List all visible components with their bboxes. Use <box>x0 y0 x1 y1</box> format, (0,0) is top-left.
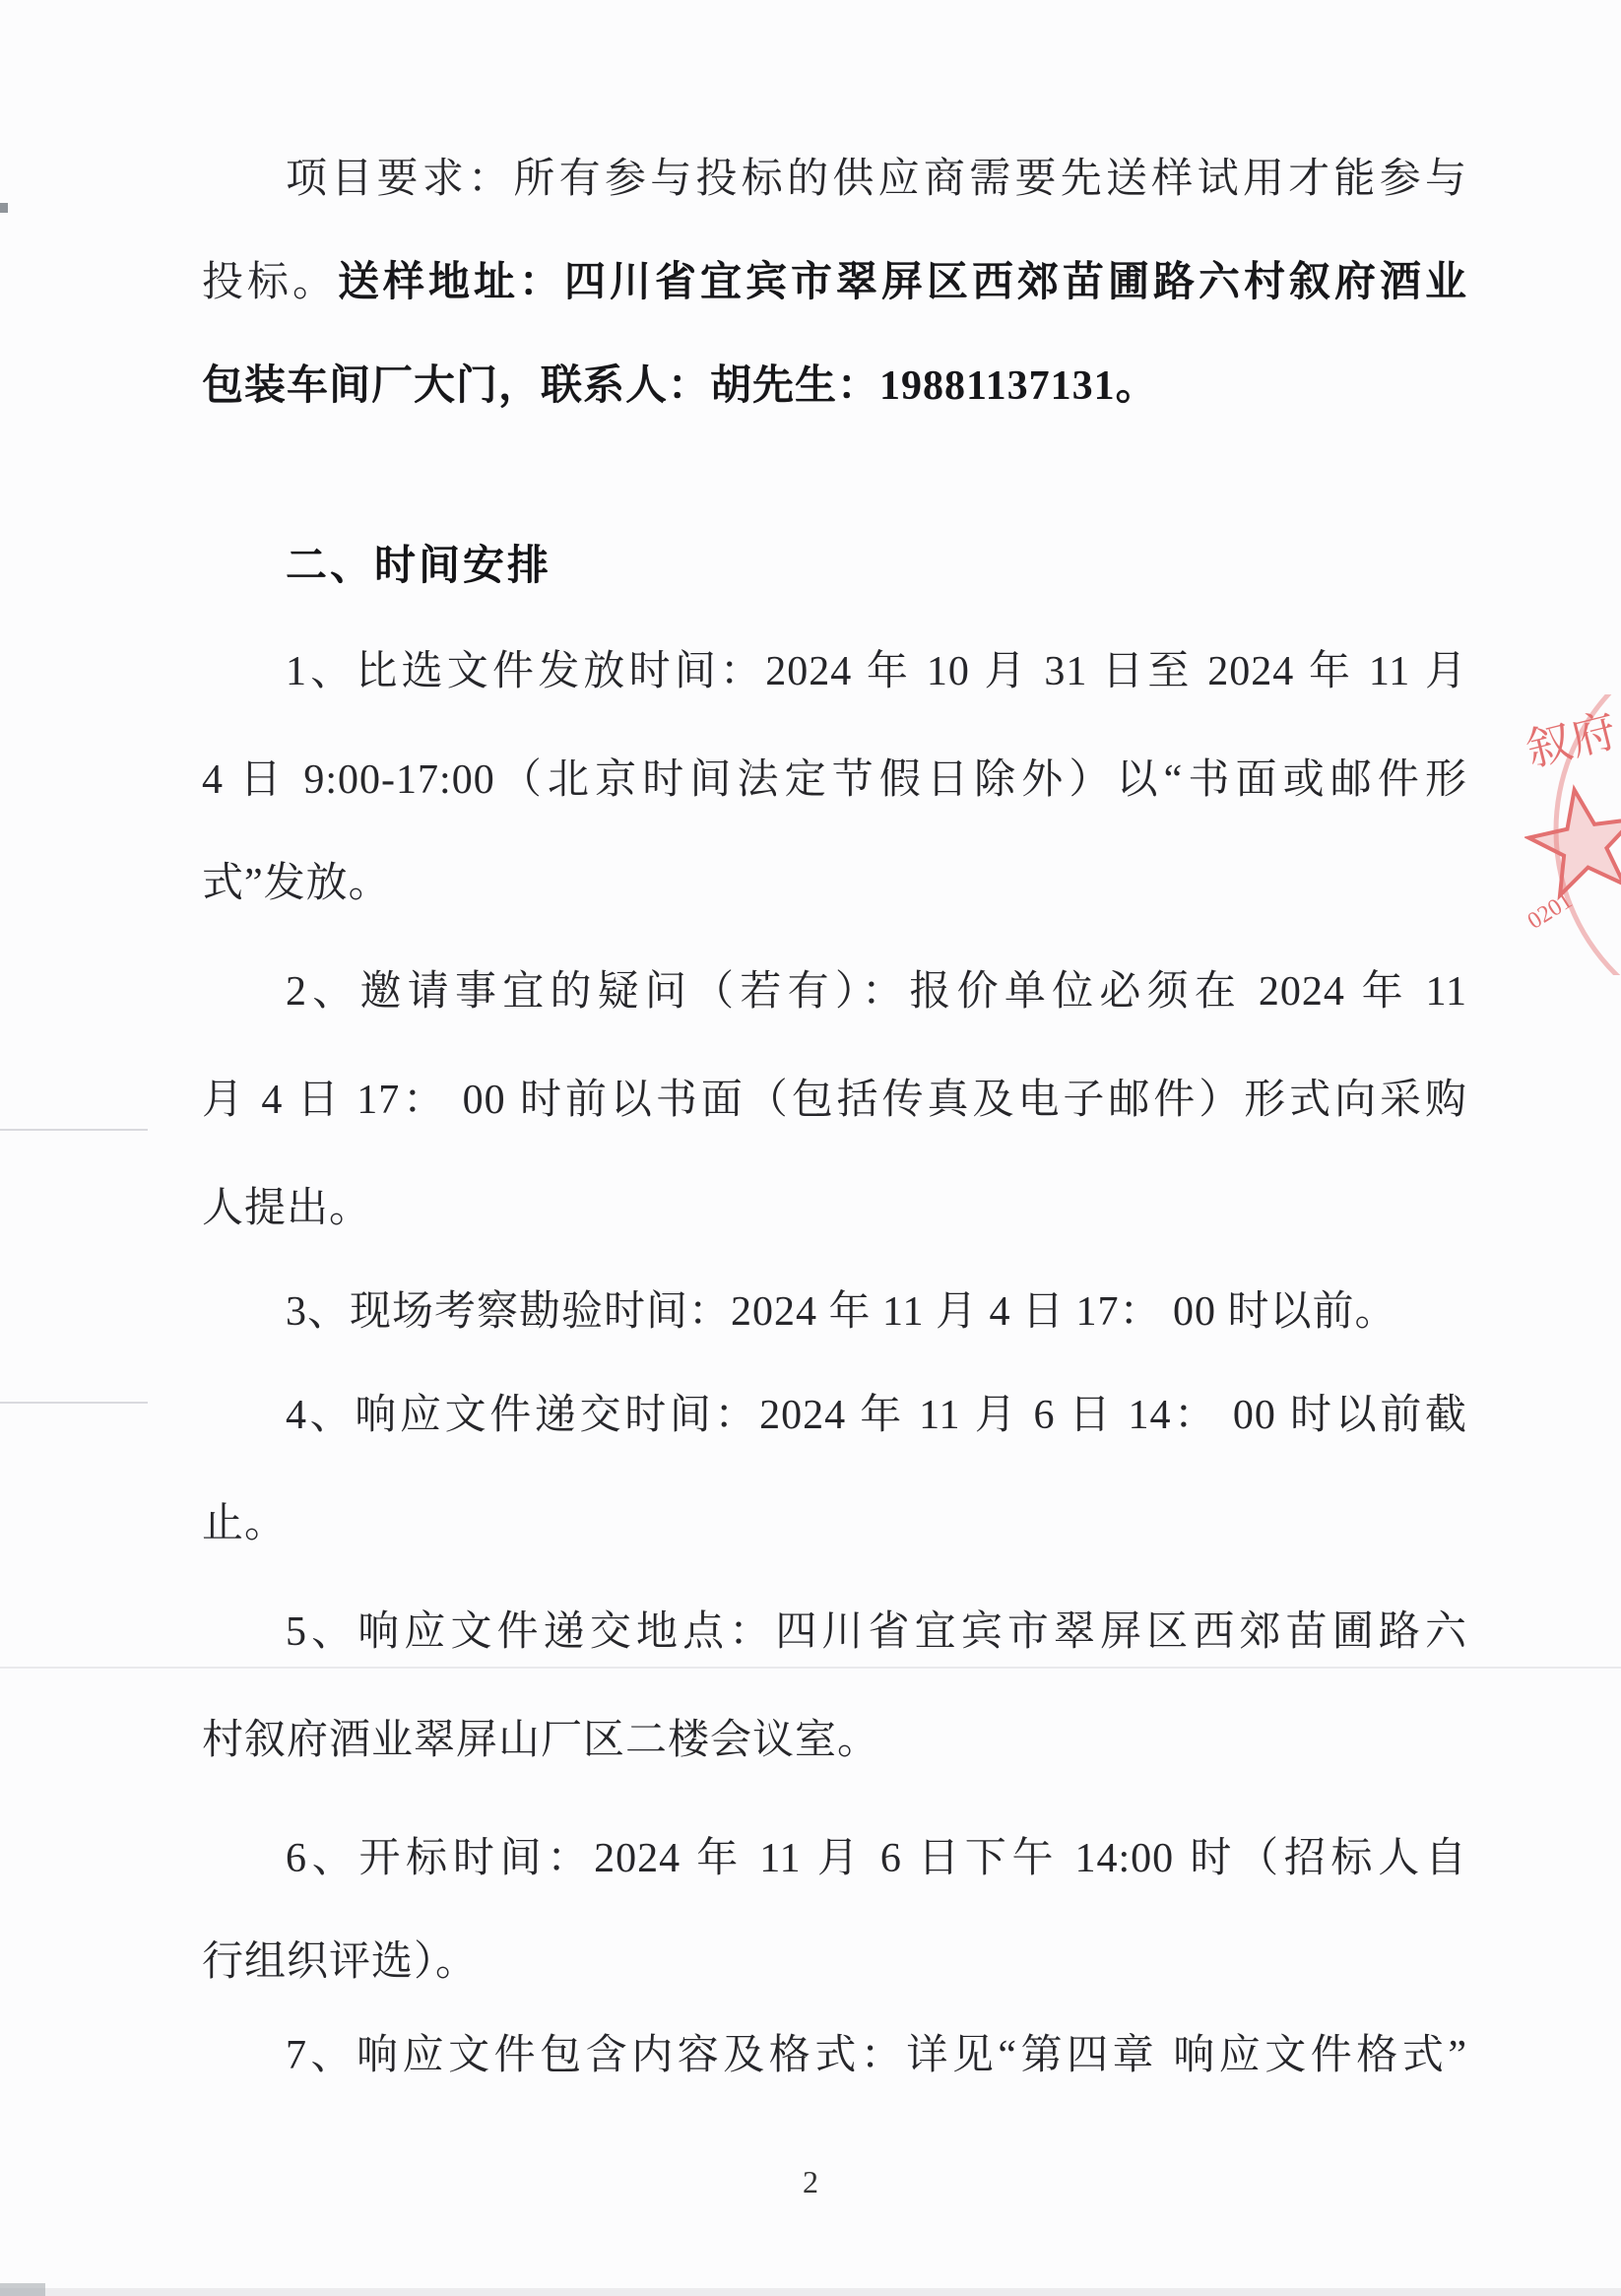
section-heading-schedule: 二、时间安排 <box>202 515 1467 619</box>
requirements-line-2: 投标。送样地址：四川省宜宾市翠屏区西郊苗圃路六村叙府酒业 <box>202 231 1467 335</box>
requirements-line-2-normal: 投标。 <box>202 260 338 305</box>
scan-artifact-line <box>0 1129 148 1131</box>
document-page: 项目要求：所有参与投标的供应商需要先送样试用才能参与 投标。送样地址：四川省宜宾… <box>0 0 1621 2296</box>
schedule-item-4-line-1: 4、响应文件递交时间：2024 年 11 月 6 日 14： 00 时以前截 <box>202 1364 1467 1468</box>
schedule-item-7-line-1: 7、响应文件包含内容及格式：详见“第四章 响应文件格式” <box>202 2004 1467 2108</box>
red-seal-stamp: 叙府 0201 <box>1524 694 1621 975</box>
page-number: 2 <box>0 2152 1621 2211</box>
scan-artifact-mark <box>0 203 8 213</box>
schedule-item-5-line-2: 村叙府酒业翠屏山厂区二楼会议室。 <box>202 1689 1467 1793</box>
schedule-item-2-line-3: 人提出。 <box>202 1157 1467 1261</box>
requirements-line-2-bold: 送样地址：四川省宜宾市翠屏区西郊苗圃路六村叙府酒业 <box>338 260 1467 305</box>
scan-artifact-line <box>0 1667 1621 1669</box>
schedule-item-2-line-1: 2、邀请事宜的疑问（若有）：报价单位必须在 2024 年 11 <box>202 941 1467 1044</box>
requirements-line-3: 包装车间厂大门，联系人：胡先生：19881137131。 <box>202 335 1467 438</box>
schedule-item-1-line-2: 4 日 9:00-17:00（北京时间法定节假日除外）以“书面或邮件形 <box>202 729 1467 832</box>
seal-digits: 0201 <box>1524 887 1577 934</box>
scan-artifact-mark <box>0 2283 45 2296</box>
seal-star <box>1524 780 1621 898</box>
schedule-item-5-line-1: 5、响应文件递交地点：四川省宜宾市翠屏区西郊苗圃路六 <box>202 1581 1467 1684</box>
scan-artifact-strip <box>0 2288 1621 2296</box>
seal-chars: 叙府 <box>1524 705 1621 776</box>
schedule-item-3-line-1: 3、现场考察勘验时间：2024 年 11 月 4 日 17： 00 时以前。 <box>202 1261 1467 1364</box>
schedule-item-2-line-2: 月 4 日 17： 00 时前以书面（包括传真及电子邮件）形式向采购 <box>202 1049 1467 1152</box>
schedule-item-6-line-1: 6、开标时间：2024 年 11 月 6 日下午 14:00 时（招标人自 <box>202 1807 1467 1911</box>
schedule-item-1-line-3: 式”发放。 <box>202 832 1467 936</box>
schedule-item-4-line-2: 止。 <box>202 1473 1467 1576</box>
schedule-item-1-line-1: 1、比选文件发放时间：2024 年 10 月 31 日至 2024 年 11 月 <box>202 621 1467 724</box>
requirements-line-1: 项目要求：所有参与投标的供应商需要先送样试用才能参与 <box>202 128 1467 231</box>
schedule-item-6-line-2: 行组织评选）。 <box>202 1911 1467 2014</box>
scan-artifact-line <box>0 1402 148 1404</box>
seal-ring <box>1556 694 1621 975</box>
